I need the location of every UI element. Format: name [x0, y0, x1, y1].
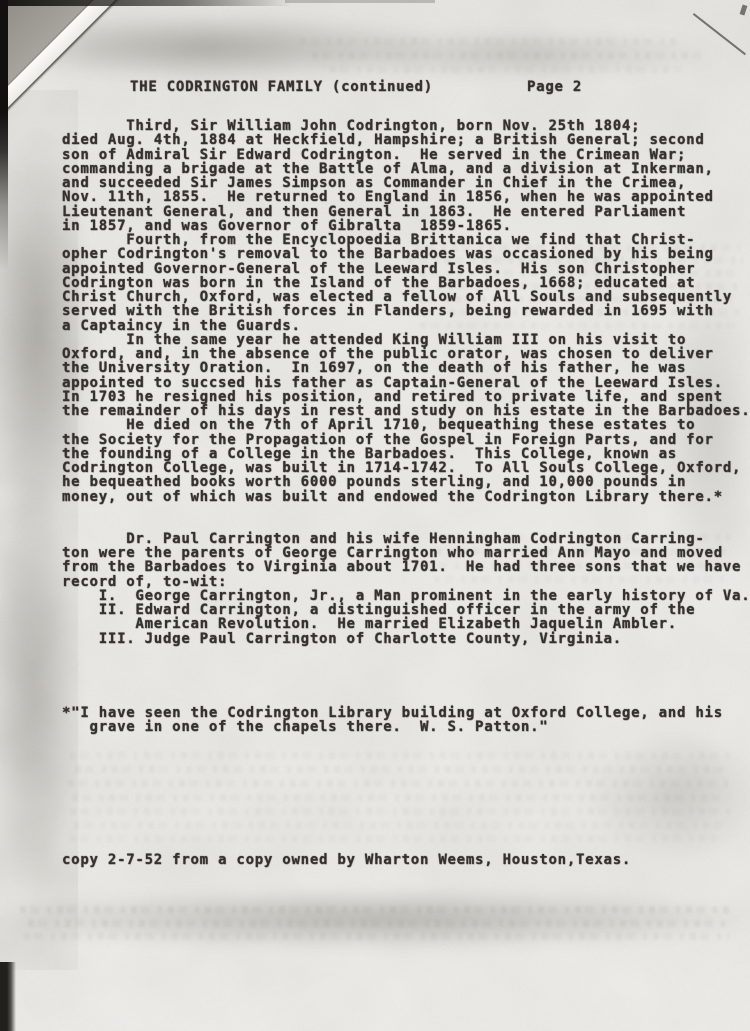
text-line: money, out of which was built and endowe…: [62, 490, 750, 504]
paragraph: He died on the 7th of April 1710, bequea…: [62, 418, 750, 504]
text-line: in 1857, and was Governor of Gibralta 18…: [62, 219, 750, 233]
text-line: American Revolution. He married Elizabet…: [62, 617, 750, 631]
text-line: served with the British forces in Flande…: [62, 304, 750, 318]
text-line: commanding a brigade at the Battle of Al…: [62, 162, 750, 176]
bleed-through-row: [70, 752, 730, 759]
copy-annotation: copy 2-7-52 from a copy owned by Wharton…: [62, 853, 750, 867]
bleed-through-row: [300, 38, 680, 45]
scan-artifact-top-right-line: [693, 13, 746, 55]
text-line: appointed Governor-General of the Leewar…: [62, 262, 750, 276]
smudge-blob: [0, 888, 750, 950]
text-line: III. Judge Paul Carrington of Charlotte …: [62, 632, 750, 646]
text-line: He died on the 7th of April 1710, bequea…: [62, 418, 750, 432]
smudge-blob: [590, 730, 750, 860]
document-title: THE CODRINGTON FAMILY (continued): [130, 80, 433, 94]
bleed-through-row: [68, 780, 730, 787]
bleed-through-row: [28, 920, 728, 927]
text-line: Lieutenant General, and then General in …: [62, 205, 750, 219]
paragraph: Third, Sir William John Codrington, born…: [62, 119, 750, 233]
text-line: In 1703 he resigned his position, and re…: [62, 390, 750, 404]
bleed-through-row: [74, 822, 724, 829]
scanned-document-page: THE CODRINGTON FAMILY (continued) Page 2…: [0, 0, 750, 1031]
bleed-through-row: [20, 906, 732, 913]
text-line: died Aug. 4th, 1884 at Heckfield, Hampsh…: [62, 133, 750, 147]
scan-artifact-bottom-left-edge: [0, 962, 16, 1031]
bleed-through-row: [312, 52, 704, 59]
bleed-through-row: [24, 933, 729, 940]
paragraph: In the same year he attended King Willia…: [62, 333, 750, 419]
text-line: appointed to succsed his father as Capta…: [62, 376, 750, 390]
text-line: Codrington was born in the Island of the…: [62, 276, 750, 290]
text-line: Dr. Paul Carrington and his wife Henning…: [62, 532, 750, 546]
document-body: Third, Sir William John Codrington, born…: [62, 119, 750, 646]
text-line: son of Admiral Sir Edward Codrington. He…: [62, 148, 750, 162]
text-line: from the Barbadoes to Virginia about 170…: [62, 560, 750, 574]
page-number: Page 2: [527, 80, 582, 94]
paragraph: Fourth, from the Encyclopoedia Brittanic…: [62, 233, 750, 333]
text-line: opher Codrington's removal to the Barbad…: [62, 247, 750, 261]
text-line: grave in one of the chapels there. W. S.…: [62, 720, 750, 734]
bleed-through-row: [70, 835, 725, 842]
scan-artifact-top-edge: [0, 0, 292, 6]
text-line: he bequeathed books worth 6000 pounds st…: [62, 475, 750, 489]
text-line: the Society for the Propagation of the G…: [62, 433, 750, 447]
bleed-through-row: [72, 794, 730, 801]
bleed-through-row: [330, 66, 690, 73]
bleed-through-row: [70, 808, 730, 815]
text-line: the University Oration. In 1697, on the …: [62, 361, 750, 375]
smudge-blob: [300, 28, 730, 80]
text-line: Nov. 11th, 1855. He returned to England …: [62, 190, 750, 204]
paragraph: Dr. Paul Carrington and his wife Henning…: [62, 532, 750, 646]
footnote: *"I have seen the Codrington Library bui…: [62, 706, 750, 735]
text-line: In the same year he attended King Willia…: [62, 333, 750, 347]
text-line: a Captaincy in the Guards.: [62, 319, 750, 333]
bleed-through-row: [75, 766, 730, 773]
text-line: I. George Carrington, Jr., a Man promine…: [62, 589, 750, 603]
scan-artifact-top-edge-faint: [285, 0, 435, 3]
text-line: the founding of a College in the Barbado…: [62, 447, 750, 461]
scan-artifact-top-right-tick: [740, 4, 748, 15]
scan-artifact-left-edge: [0, 0, 8, 270]
text-line: record of, to-wit:: [62, 575, 750, 589]
